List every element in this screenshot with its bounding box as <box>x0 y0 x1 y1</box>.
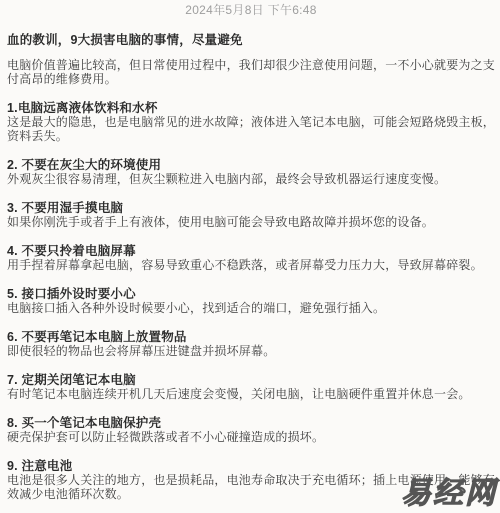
article-title: 血的教训，9大损害电脑的事情，尽量避免 <box>7 33 495 47</box>
tip-section: 8. 买一个笔记本电脑保护壳 硬壳保护套可以防止轻微跌落或者不小心碰撞造成的损坏… <box>7 416 495 444</box>
article-intro: 电脑价值普遍比较高，但日常使用过程中，我们却很少注意使用问题，一不小心就要为之支… <box>7 58 495 86</box>
tip-section: 3. 不要用湿手摸电脑 如果你刚洗手或者手上有液体，使用电脑可能会导致电路故障并… <box>7 201 495 229</box>
tip-section: 2. 不要在灰尘大的环境使用 外观灰尘很容易清理，但灰尘颗粒进入电脑内部，最终会… <box>7 158 495 186</box>
tip-heading: 8. 买一个笔记本电脑保护壳 <box>7 416 495 430</box>
tip-heading: 9. 注意电池 <box>7 459 495 473</box>
tip-body: 用手捏着屏幕拿起电脑，容易导致重心不稳跌落，或者屏幕受力压力大，导致屏幕碎裂。 <box>7 258 495 272</box>
tip-heading: 5. 接口插外设时要小心 <box>7 287 495 301</box>
tip-body: 电池是很多人关注的地方，也是损耗品，电池寿命取决于充电循环；插上电源使用，能够有… <box>7 473 495 501</box>
tip-section: 7. 定期关闭笔记本电脑 有时笔记本电脑连续开机几天后速度会变慢，关闭电脑，让电… <box>7 373 495 401</box>
tip-heading: 2. 不要在灰尘大的环境使用 <box>7 158 495 172</box>
tip-section: 6. 不要再笔记本电脑上放置物品 即使很轻的物品也会将屏幕压进键盘并损坏屏幕。 <box>7 330 495 358</box>
tip-list: 1.电脑远离液体饮料和水杯 这是最大的隐患，也是电脑常见的进水故障；液体进入笔记… <box>7 101 495 501</box>
tip-body: 如果你刚洗手或者手上有液体，使用电脑可能会导致电路故障并损坏您的设备。 <box>7 215 495 229</box>
tip-section: 4. 不要只拎着电脑屏幕 用手捏着屏幕拿起电脑，容易导致重心不稳跌落，或者屏幕受… <box>7 244 495 272</box>
tip-body: 即使很轻的物品也会将屏幕压进键盘并损坏屏幕。 <box>7 344 495 358</box>
tip-section: 9. 注意电池 电池是很多人关注的地方，也是损耗品，电池寿命取决于充电循环；插上… <box>7 459 495 501</box>
tip-heading: 7. 定期关闭笔记本电脑 <box>7 373 495 387</box>
tip-heading: 6. 不要再笔记本电脑上放置物品 <box>7 330 495 344</box>
tip-body: 硬壳保护套可以防止轻微跌落或者不小心碰撞造成的损坏。 <box>7 430 495 444</box>
tip-heading: 1.电脑远离液体饮料和水杯 <box>7 101 495 115</box>
article-page: 2024年5月8日 下午6:48 血的教训，9大损害电脑的事情，尽量避免 电脑价… <box>0 0 500 513</box>
tip-body: 外观灰尘很容易清理，但灰尘颗粒进入电脑内部，最终会导致机器运行速度变慢。 <box>7 172 495 186</box>
timestamp: 2024年5月8日 下午6:48 <box>7 3 495 17</box>
tip-body: 电脑接口插入各种外设时候要小心，找到适合的端口，避免强行插入。 <box>7 301 495 315</box>
tip-heading: 3. 不要用湿手摸电脑 <box>7 201 495 215</box>
tip-section: 1.电脑远离液体饮料和水杯 这是最大的隐患，也是电脑常见的进水故障；液体进入笔记… <box>7 101 495 143</box>
tip-body: 有时笔记本电脑连续开机几天后速度会变慢，关闭电脑，让电脑硬件重置并休息一会。 <box>7 387 495 401</box>
tip-heading: 4. 不要只拎着电脑屏幕 <box>7 244 495 258</box>
tip-section: 5. 接口插外设时要小心 电脑接口插入各种外设时候要小心，找到适合的端口，避免强… <box>7 287 495 315</box>
tip-body: 这是最大的隐患，也是电脑常见的进水故障；液体进入笔记本电脑，可能会短路烧毁主板，… <box>7 115 495 143</box>
